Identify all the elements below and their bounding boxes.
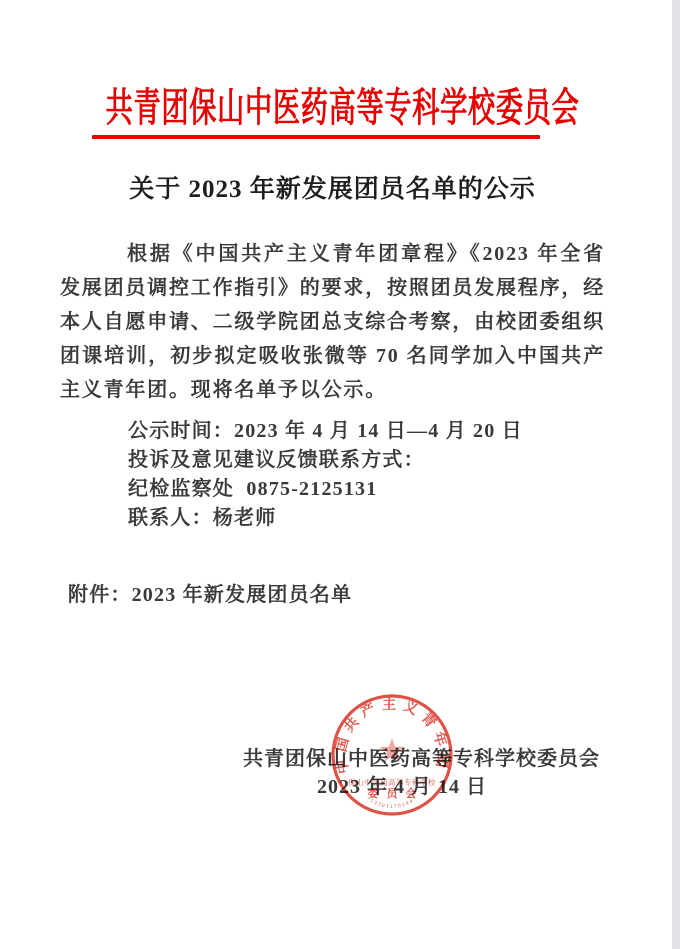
seal-committee-text: 委员会 bbox=[368, 786, 425, 800]
document-page: 共青团保山中医药高等专科学校委员会 关于 2023 年新发展团员名单的公示 根据… bbox=[0, 0, 660, 949]
info-line-discipline-office-phone: 纪检监察处 0875-2125131 bbox=[60, 475, 620, 504]
seal-school-text: 保山中医药高等专科学校 bbox=[348, 777, 436, 787]
info-line-feedback-contact: 投诉及意见建议反馈联系方式： bbox=[60, 446, 620, 475]
info-line-contact-person: 联系人：杨老师 bbox=[60, 504, 620, 533]
info-line-publicity-period: 公示时间：2023 年 4 月 14 日—4 月 20 日 bbox=[60, 417, 620, 446]
scrollbar-track[interactable] bbox=[672, 0, 680, 949]
document-title: 关于 2023 年新发展团员名单的公示 bbox=[60, 169, 605, 205]
letterhead-title: 共青团保山中医药高等专科学校委员会 bbox=[106, 76, 555, 133]
letterhead-rule bbox=[92, 135, 540, 139]
seal-arc-text: 中国共产主义青年团 bbox=[332, 696, 452, 775]
official-seal: 中国共产主义青年团 保山中医药高等专科学校 委员会 53301170144 bbox=[328, 691, 456, 819]
info-block: 公示时间：2023 年 4 月 14 日—4 月 20 日 投诉及意见建议反馈联… bbox=[60, 417, 620, 533]
attachment-line: 附件：2023 年新发展团员名单 bbox=[68, 578, 352, 607]
seal-star-icon bbox=[380, 738, 405, 762]
body-paragraph: 根据《中国共产主义青年团章程》《2023 年全省发展团员调控工作指引》的要求，按… bbox=[60, 237, 605, 407]
